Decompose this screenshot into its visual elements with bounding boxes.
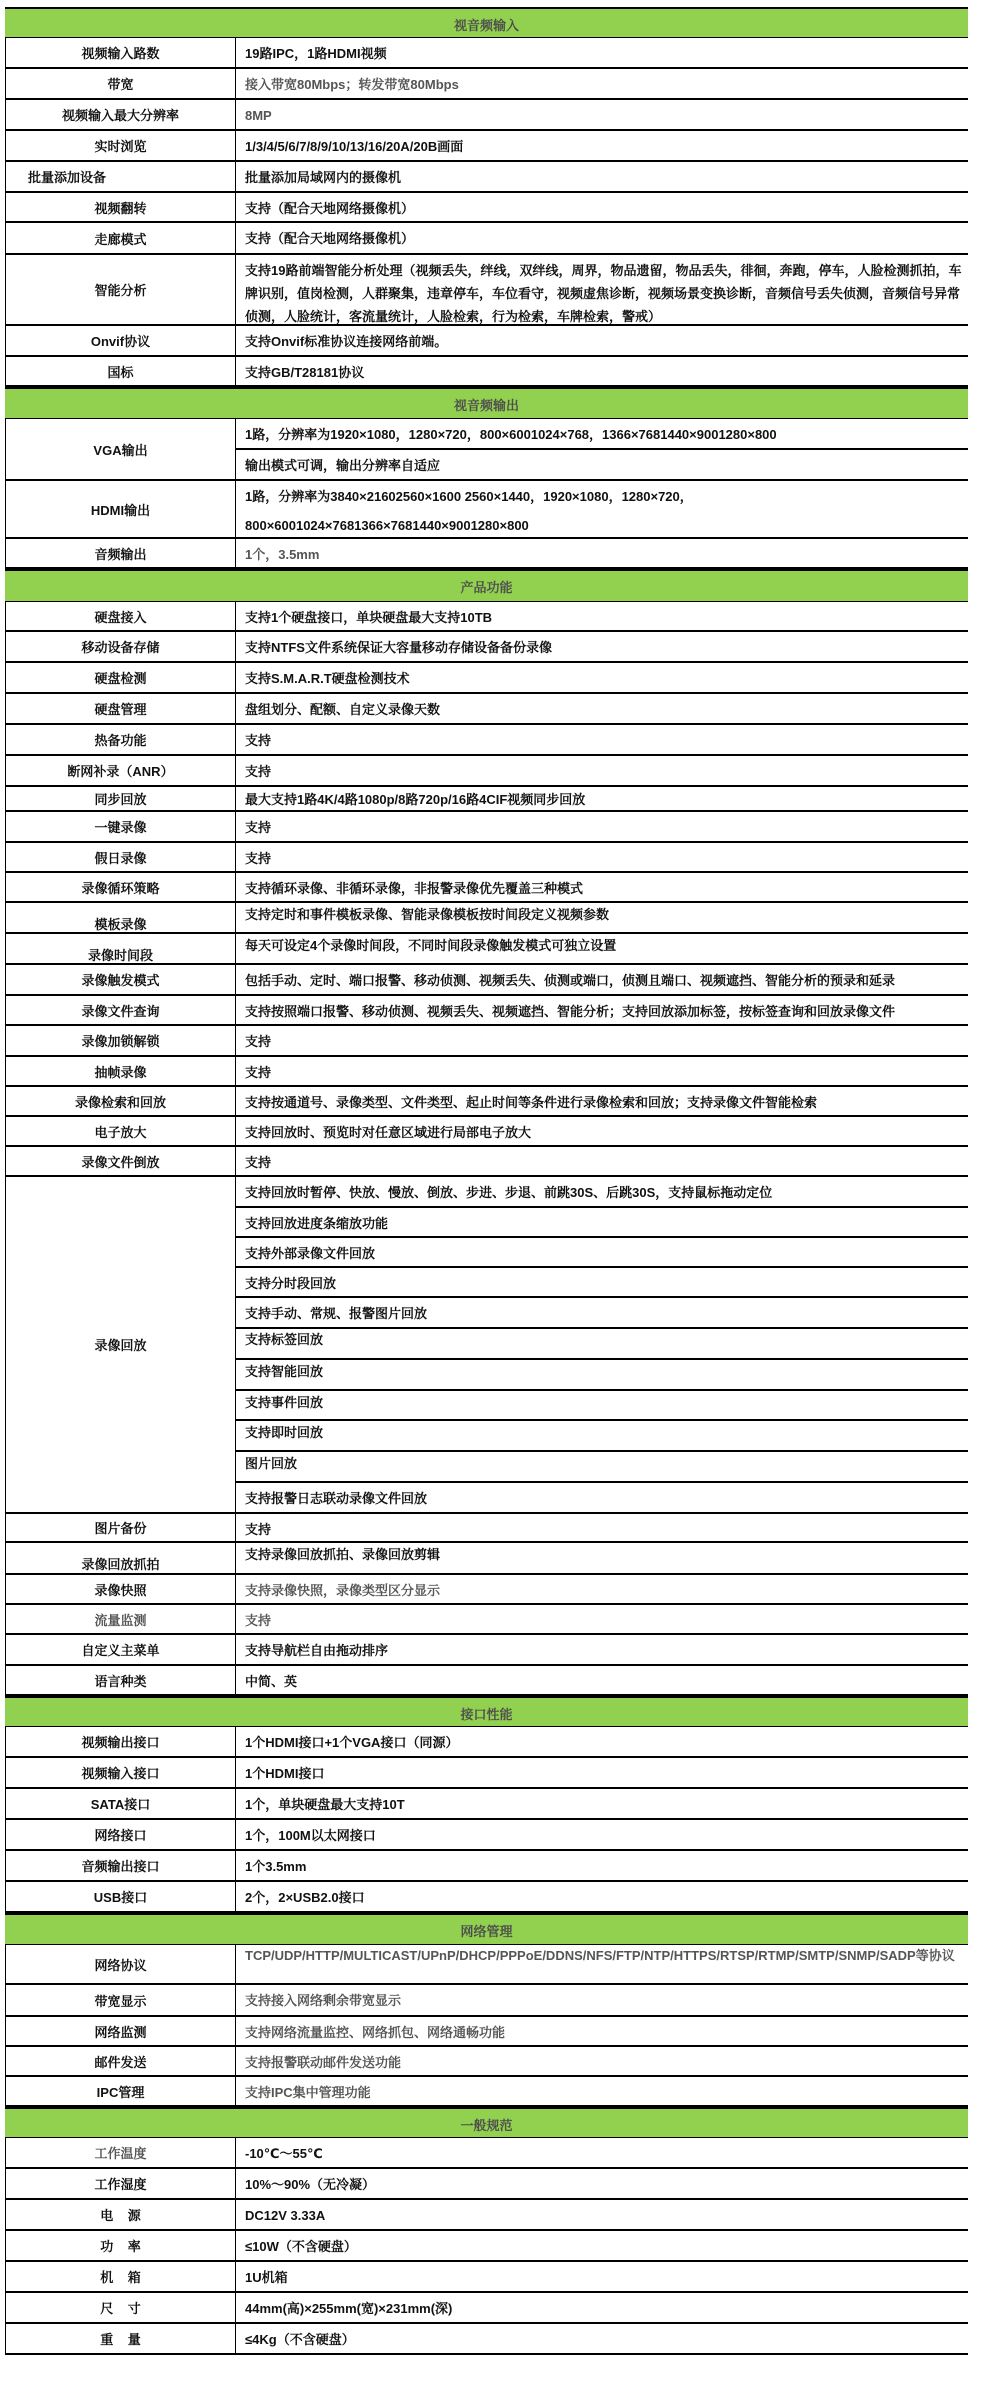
- row-key: 视频输入接口: [5, 1758, 236, 1787]
- row-value: 1路，分辨率为3840×21602560×1600 2560×1440，1920…: [236, 481, 968, 510]
- table-row: 录像触发模式包括手动、定时、端口报警、移动侦测、视频丢失、侦测或端口，侦测且端口…: [5, 965, 968, 996]
- row-value: 支持回放时、预览时对任意区域进行局部电子放大: [236, 1117, 968, 1145]
- row-key: 机 箱: [5, 2262, 236, 2291]
- table-row: 硬盘管理盘组划分、配额、自定义录像天数: [5, 694, 968, 725]
- row-key: HDMI输出: [5, 481, 236, 537]
- row-key: 热备功能: [5, 725, 236, 754]
- row-value: 支持: [236, 725, 968, 754]
- table-row: 录像加锁解锁支持: [5, 1026, 968, 1057]
- table-row: 热备功能支持: [5, 725, 968, 756]
- table-row: 电 源DC12V 3.33A: [5, 2200, 968, 2231]
- row-key: 一键录像: [5, 812, 236, 841]
- row-key: 录像循环策略: [5, 873, 236, 901]
- row-key: 国标: [5, 357, 236, 385]
- row-key: 录像检索和回放: [5, 1087, 236, 1115]
- row-value: 支持1个硬盘接口，单块硬盘最大支持10TB: [236, 602, 968, 630]
- row-key: 图片备份: [5, 1514, 236, 1541]
- row-value: 支持: [236, 1605, 968, 1633]
- row-key: Onvif协议: [5, 326, 236, 355]
- row-key: VGA输出: [5, 419, 236, 479]
- table-row: IPC管理支持IPC集中管理功能: [5, 2077, 968, 2107]
- row-key: 工作温度: [5, 2138, 236, 2167]
- row-key: 假日录像: [5, 843, 236, 871]
- section-header-av-input: 视音频输入: [5, 7, 968, 38]
- row-key: 模板录像: [5, 903, 236, 932]
- row-value: 支持定时和事件模板录像、智能录像模板按时间段定义视频参数: [236, 903, 968, 932]
- row-key: 抽帧录像: [5, 1057, 236, 1085]
- table-row: 同步回放最大支持1路4K/4路1080p/8路720p/16路4CIF视频同步回…: [5, 787, 968, 812]
- table-row: 抽帧录像支持: [5, 1057, 968, 1087]
- row-key: 录像加锁解锁: [5, 1026, 236, 1055]
- row-value: 1/3/4/5/6/7/8/9/10/13/16/20A/20B画面: [236, 131, 968, 160]
- table-row: 视频翻转支持（配合天地网络摄像机）: [5, 193, 968, 223]
- row-key: 视频输入路数: [5, 38, 236, 67]
- row-value: 44mm(高)×255mm(宽)×231mm(深): [236, 2293, 968, 2322]
- row-key: 走廊模式: [5, 223, 236, 253]
- table-row: 硬盘检测支持S.M.A.R.T硬盘检测技术: [5, 663, 968, 694]
- row-value: 1路，分辨率为1920×1080，1280×720，800×6001024×76…: [236, 419, 968, 450]
- row-value: 1个HDMI接口+1个VGA接口（同源）: [236, 1727, 968, 1756]
- row-value: 支持: [236, 843, 968, 871]
- row-key: 硬盘检测: [5, 663, 236, 692]
- table-row: 智能分析支持19路前端智能分析处理（视频丢失，绊线，双绊线，周界，物品遗留，物品…: [5, 255, 968, 326]
- table-row: 移动设备存储支持NTFS文件系统保证大容量移动存储设备备份录像: [5, 632, 968, 663]
- table-row: 功 率≤10W（不含硬盘）: [5, 2231, 968, 2262]
- row-value: 支持: [236, 1147, 968, 1175]
- row-key: 网络协议: [5, 1945, 236, 1983]
- table-row: 录像循环策略支持循环录像、非循环录像，非报警录像优先覆盖三种模式: [5, 873, 968, 903]
- table-row: 机 箱1U机箱: [5, 2262, 968, 2293]
- row-value: 1个HDMI接口: [236, 1758, 968, 1787]
- row-key: 网络接口: [5, 1820, 236, 1849]
- row-value: 盘组划分、配额、自定义录像天数: [236, 694, 968, 723]
- row-value: 输出模式可调，输出分辨率自适应: [236, 450, 968, 479]
- row-value: 支持回放时暂停、快放、慢放、倒放、步进、步退、前跳30S、后跳30S，支持鼠标拖…: [236, 1177, 968, 1208]
- table-row: 网络协议TCP/UDP/HTTP/MULTICAST/UPnP/DHCP/PPP…: [5, 1945, 968, 1985]
- row-key: 录像文件查询: [5, 996, 236, 1024]
- row-value: 支持按通道号、录像类型、文件类型、起止时间等条件进行录像检索和回放；支持录像文件…: [236, 1087, 968, 1115]
- row-value: 1个，3.5mm: [236, 539, 968, 567]
- table-row: 尺 寸44mm(高)×255mm(宽)×231mm(深): [5, 2293, 968, 2324]
- row-value: 支持导航栏自由拖动排序: [236, 1635, 968, 1664]
- table-row: VGA输出1路，分辨率为1920×1080，1280×720，800×60010…: [5, 419, 968, 481]
- table-row: 图片备份支持: [5, 1514, 968, 1543]
- row-value: 支持NTFS文件系统保证大容量移动存储设备备份录像: [236, 632, 968, 661]
- row-value: ≤10W（不含硬盘）: [236, 2231, 968, 2260]
- table-row: 断网补录（ANR）支持: [5, 756, 968, 787]
- row-key: 音频输出: [5, 539, 236, 567]
- row-value: 支持: [236, 1057, 968, 1085]
- row-value: 1U机箱: [236, 2262, 968, 2291]
- row-key: 电子放大: [5, 1117, 236, 1145]
- table-row: 一键录像支持: [5, 812, 968, 843]
- row-value: 支持分时段回放: [236, 1268, 968, 1298]
- row-key: 音频输出接口: [5, 1851, 236, 1880]
- row-key: 录像文件倒放: [5, 1147, 236, 1175]
- row-key: 同步回放: [5, 787, 236, 810]
- row-value: 支持: [236, 1514, 968, 1541]
- row-value: 支持即时回放: [236, 1421, 968, 1452]
- table-row: 录像检索和回放支持按通道号、录像类型、文件类型、起止时间等条件进行录像检索和回放…: [5, 1087, 968, 1117]
- row-key: 录像触发模式: [5, 965, 236, 994]
- row-value: 支持录像回放抓拍、录像回放剪辑: [236, 1543, 968, 1573]
- row-key: 邮件发送: [5, 2047, 236, 2075]
- row-value: 1个3.5mm: [236, 1851, 968, 1880]
- table-row: Onvif协议支持Onvif标准协议连接网络前端。: [5, 326, 968, 357]
- row-key: 尺 寸: [5, 2293, 236, 2322]
- row-value: 包括手动、定时、端口报警、移动侦测、视频丢失、侦测或端口，侦测且端口、视频遮挡、…: [236, 965, 968, 994]
- row-key: 电 源: [5, 2200, 236, 2229]
- row-value: 支持接入网络剩余带宽显示: [236, 1985, 968, 2015]
- table-row: SATA接口1个，单块硬盘最大支持10T: [5, 1789, 968, 1820]
- table-row: 视频输入最大分辨率8MP: [5, 100, 968, 131]
- row-key: 视频输出接口: [5, 1727, 236, 1756]
- table-row: 流量监测支持: [5, 1605, 968, 1635]
- table-row: 录像快照支持录像快照，录像类型区分显示: [5, 1575, 968, 1605]
- row-value: 支持: [236, 756, 968, 785]
- row-value: 19路IPC，1路HDMI视频: [236, 38, 968, 67]
- row-value: 支持报警日志联动录像文件回放: [236, 1483, 968, 1512]
- row-value: 图片回放: [236, 1452, 968, 1483]
- row-key: 硬盘管理: [5, 694, 236, 723]
- row-value: 2个，2×USB2.0接口: [236, 1882, 968, 1911]
- table-row: 邮件发送支持报警联动邮件发送功能: [5, 2047, 968, 2077]
- row-key: 带宽: [5, 69, 236, 98]
- row-value: 支持事件回放: [236, 1391, 968, 1421]
- row-value: 每天可设定4个录像时间段，不同时间段录像触发模式可独立设置: [236, 934, 968, 963]
- table-row: 视频输出接口1个HDMI接口+1个VGA接口（同源）: [5, 1727, 968, 1758]
- row-key: 录像回放: [5, 1177, 236, 1512]
- row-value: 支持外部录像文件回放: [236, 1238, 968, 1268]
- table-row: 假日录像支持: [5, 843, 968, 873]
- row-key: 视频翻转: [5, 193, 236, 221]
- row-value: 支持S.M.A.R.T硬盘检测技术: [236, 663, 968, 692]
- row-value: 支持报警联动邮件发送功能: [236, 2047, 968, 2075]
- section-header-general: 一般规范: [5, 2107, 968, 2138]
- row-value: 支持网络流量监控、网络抓包、网络通畅功能: [236, 2017, 968, 2045]
- row-value: DC12V 3.33A: [236, 2200, 968, 2229]
- row-value: 支持标签回放: [236, 1329, 968, 1360]
- table-row: 网络监测支持网络流量监控、网络抓包、网络通畅功能: [5, 2017, 968, 2047]
- row-key: USB接口: [5, 1882, 236, 1911]
- table-row: 模板录像支持定时和事件模板录像、智能录像模板按时间段定义视频参数: [5, 903, 968, 934]
- row-value: 中简、英: [236, 1666, 968, 1694]
- table-row: 电子放大支持回放时、预览时对任意区域进行局部电子放大: [5, 1117, 968, 1147]
- row-key: 自定义主菜单: [5, 1635, 236, 1664]
- table-row: 录像时间段每天可设定4个录像时间段，不同时间段录像触发模式可独立设置: [5, 934, 968, 965]
- row-key: 录像回放抓拍: [5, 1543, 236, 1573]
- row-value: -10℃～55℃: [236, 2138, 968, 2167]
- row-value: 支持Onvif标准协议连接网络前端。: [236, 326, 968, 355]
- table-row: USB接口2个，2×USB2.0接口: [5, 1882, 968, 1913]
- row-key: 带宽显示: [5, 1985, 236, 2015]
- table-row: 音频输出1个，3.5mm: [5, 539, 968, 569]
- table-row: 视频输入路数19路IPC，1路HDMI视频: [5, 38, 968, 69]
- table-row: 带宽显示支持接入网络剩余带宽显示: [5, 1985, 968, 2017]
- row-value: 支持按照端口报警、移动侦测、视频丢失、视频遮挡、智能分析；支持回放添加标签，按标…: [236, 996, 968, 1024]
- row-value: 批量添加局域网内的摄像机: [236, 162, 968, 191]
- row-key: 断网补录（ANR）: [5, 756, 236, 785]
- row-value: 800×6001024×7681366×7681440×9001280×800: [236, 510, 968, 537]
- row-key: IPC管理: [5, 2077, 236, 2105]
- table-row: 硬盘接入支持1个硬盘接口，单块硬盘最大支持10TB: [5, 602, 968, 632]
- table-row: 视频输入接口1个HDMI接口: [5, 1758, 968, 1789]
- section-header-features: 产品功能: [5, 569, 968, 602]
- row-key: 实时浏览: [5, 131, 236, 160]
- row-value: 支持（配合天地网络摄像机）: [236, 193, 968, 221]
- section-header-network: 网络管理: [5, 1913, 968, 1945]
- row-value: 1个，100M以太网接口: [236, 1820, 968, 1849]
- row-key: 录像时间段: [5, 934, 236, 963]
- row-key: 录像快照: [5, 1575, 236, 1603]
- table-row: 走廊模式支持（配合天地网络摄像机）: [5, 223, 968, 255]
- table-row-playback: 录像回放 支持回放时暂停、快放、慢放、倒放、步进、步退、前跳30S、后跳30S，…: [5, 1177, 968, 1514]
- table-row: 带宽接入带宽80Mbps；转发带宽80Mbps: [5, 69, 968, 100]
- row-value: TCP/UDP/HTTP/MULTICAST/UPnP/DHCP/PPPoE/D…: [236, 1945, 968, 1983]
- row-value: 支持IPC集中管理功能: [236, 2077, 968, 2105]
- row-value: 1个，单块硬盘最大支持10T: [236, 1789, 968, 1818]
- row-value: 支持手动、常规、报警图片回放: [236, 1298, 968, 1329]
- table-row: HDMI输出1路，分辨率为3840×21602560×1600 2560×144…: [5, 481, 968, 539]
- table-row: 网络接口1个，100M以太网接口: [5, 1820, 968, 1851]
- row-value: 支持录像快照，录像类型区分显示: [236, 1575, 968, 1603]
- row-key: 视频输入最大分辨率: [5, 100, 236, 129]
- row-value: 支持19路前端智能分析处理（视频丢失，绊线，双绊线，周界，物品遗留，物品丢失，徘…: [236, 255, 968, 324]
- table-row: 批量添加设备批量添加局域网内的摄像机: [5, 162, 968, 193]
- row-key: 功 率: [5, 2231, 236, 2260]
- row-key: 工作湿度: [5, 2169, 236, 2198]
- row-value: 支持GB/T28181协议: [236, 357, 968, 385]
- section-header-av-output: 视音频输出: [5, 387, 968, 419]
- row-key: 语言种类: [5, 1666, 236, 1694]
- row-key: 批量添加设备: [5, 162, 236, 191]
- row-key: 硬盘接入: [5, 602, 236, 630]
- row-key: 流量监测: [5, 1605, 236, 1633]
- row-value: ≤4Kg（不含硬盘）: [236, 2324, 968, 2353]
- row-value: 10%～90%（无冷凝）: [236, 2169, 968, 2198]
- row-value: 支持: [236, 812, 968, 841]
- row-value: 支持智能回放: [236, 1360, 968, 1391]
- table-row: 录像回放抓拍支持录像回放抓拍、录像回放剪辑: [5, 1543, 968, 1575]
- table-row: 国标支持GB/T28181协议: [5, 357, 968, 387]
- table-row: 音频输出接口1个3.5mm: [5, 1851, 968, 1882]
- table-row: 工作湿度10%～90%（无冷凝）: [5, 2169, 968, 2200]
- table-row: 重 量≤4Kg（不含硬盘）: [5, 2324, 968, 2355]
- table-row: 工作温度-10℃～55℃: [5, 2138, 968, 2169]
- row-value: 最大支持1路4K/4路1080p/8路720p/16路4CIF视频同步回放: [236, 787, 968, 810]
- row-value: 支持回放进度条缩放功能: [236, 1208, 968, 1238]
- table-row: 录像文件倒放支持: [5, 1147, 968, 1177]
- row-key: 移动设备存储: [5, 632, 236, 661]
- row-key: 智能分析: [5, 255, 236, 324]
- table-row: 语言种类中简、英: [5, 1666, 968, 1696]
- row-value: 8MP: [236, 100, 968, 129]
- row-value: 支持循环录像、非循环录像，非报警录像优先覆盖三种模式: [236, 873, 968, 901]
- row-key: SATA接口: [5, 1789, 236, 1818]
- table-row: 录像文件查询支持按照端口报警、移动侦测、视频丢失、视频遮挡、智能分析；支持回放添…: [5, 996, 968, 1026]
- row-key: 重 量: [5, 2324, 236, 2353]
- row-key: 网络监测: [5, 2017, 236, 2045]
- section-header-interfaces: 接口性能: [5, 1696, 968, 1727]
- row-value: 支持: [236, 1026, 968, 1055]
- table-row: 实时浏览1/3/4/5/6/7/8/9/10/13/16/20A/20B画面: [5, 131, 968, 162]
- row-value: 支持（配合天地网络摄像机）: [236, 223, 968, 253]
- row-value: 接入带宽80Mbps；转发带宽80Mbps: [236, 69, 968, 98]
- table-row: 自定义主菜单支持导航栏自由拖动排序: [5, 1635, 968, 1666]
